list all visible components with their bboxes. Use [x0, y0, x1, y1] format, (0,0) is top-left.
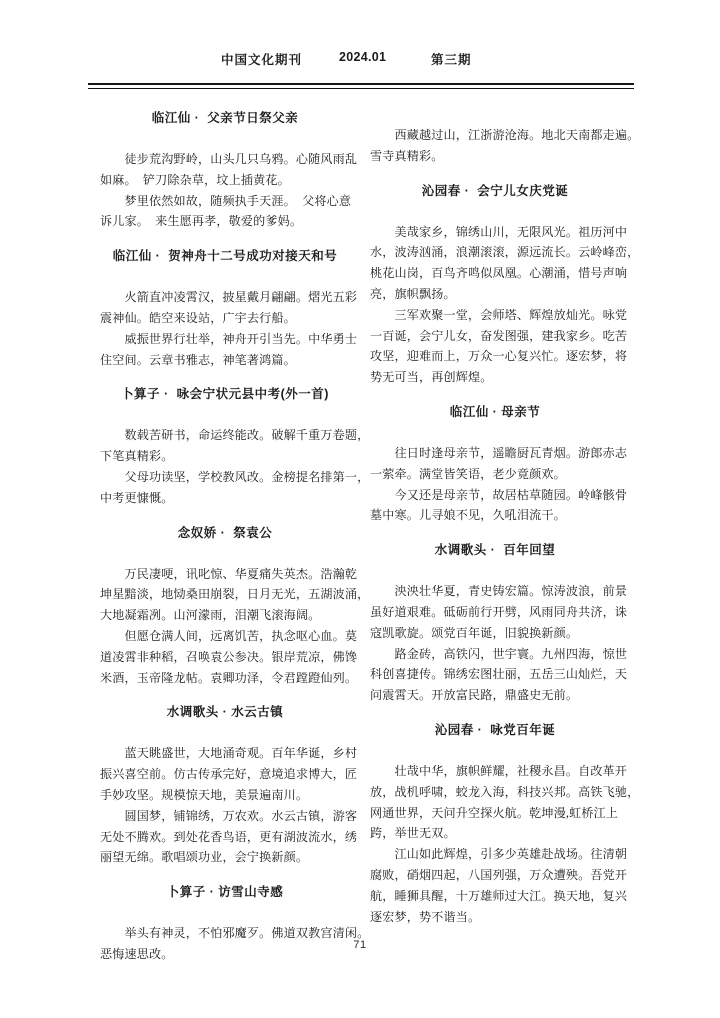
page-number: 71 — [0, 939, 720, 951]
poem-line: 往日时逢母亲节，遥瞻厨瓦青烟。游郎赤志 — [370, 443, 620, 464]
poem-line: 大地凝霜冽。山河濛雨，泪潮飞滚海阔。 — [100, 605, 350, 626]
poem-line: 圆国梦，铺锦绣，万农欢。水云古镇，游客 — [100, 806, 350, 827]
poem-line: 问震霄天。开放富民路，鼎盛史无前。 — [370, 685, 620, 706]
poem-line: 诉儿家。 来生愿再孝，敬爱的爹妈。 — [100, 211, 350, 232]
poem-line: 航，睡狮具醒，十万雄师过大江。换天地，复兴 — [370, 886, 620, 907]
poem-line: 蓝天眺盛世，大地涌奇观。百年华诞，乡村 — [100, 743, 350, 764]
poem-line: 如麻。 铲刀除杂草，坟上插黄花。 — [100, 170, 350, 191]
poem-line: 坤星黯淡，地恸桑田崩裂，日月无光，五湖波涌， — [100, 584, 350, 605]
poem-line: 虽好道艰难。砥砺前行开劈，风雨同舟共济，诛 — [370, 602, 620, 623]
header-journal-title: 中国文化期刊 — [221, 50, 302, 68]
poem-line: 科创喜捷传。锦绣宏图壮丽，五岳三山灿烂，天 — [370, 664, 620, 685]
poem-line: 攻坚，迎难而上，万众一心复兴忙。逐宏梦，将 — [370, 346, 620, 367]
poem-line: 亮，旗帜飘扬。 — [370, 284, 620, 305]
poem-line: 住空间。云章书雅志，神笔著鸿篇。 — [100, 350, 350, 371]
poem-line: 数载苦研书，命运终能改。破解千重万卷题， — [100, 425, 350, 446]
poem-title: 沁园春 · 会宁儿女庆党诞 — [370, 184, 620, 199]
poem-stanza: 壮哉中华，旗帜鲜耀，社稷永昌。自改革开放，战机呼啸，蛟龙入海，科技兴邦。高铁飞驰… — [370, 761, 620, 927]
poem-line: 水，波涛汹涌，浪潮滚滚，源远流长。云岭峰峦， — [370, 242, 620, 263]
poem-stanza: 美哉家乡，锦绣山川，无限风光。祖历河中水，波涛汹涌，浪潮滚滚，源远流长。云岭峰峦… — [370, 222, 620, 388]
poem-title: 水调歌头 · 水云古镇 — [100, 705, 350, 720]
poem-line: 中考更慷慨。 — [100, 488, 350, 509]
poem-line: 雪寺真精彩。 — [370, 146, 620, 167]
poem-line: 泱泱壮华夏，青史铸宏篇。惊涛波浪，前景 — [370, 581, 620, 602]
poem-columns: 临江仙 · 父亲节日祭父亲 徒步荒沟野岭，山头几只乌鸦。心随风雨乱如麻。 铲刀除… — [100, 94, 620, 965]
poem-title: 水调歌头 · 百年回望 — [370, 543, 620, 558]
poem-line: 势无可当，再创辉煌。 — [370, 367, 620, 388]
poem-line: 丽望无绵。歌唱颂功业，会宁换新颜。 — [100, 847, 350, 868]
poem-line: 梦里依然如故，随频执手天涯。 父将心意 — [100, 191, 350, 212]
poem-line: 寇凯歌旋。颂党百年诞，旧貌换新颜。 — [370, 623, 620, 644]
poem-line: 跨，举世无双。 — [370, 823, 620, 844]
poem-line: 桃花山岗，百鸟齐鸣似凤凰。心潮涌，惜号声响 — [370, 263, 620, 284]
poem-title: 卜算子 · 咏会宁状元县中考(外一首) — [100, 387, 350, 402]
header-issue-number: 第三期 — [431, 50, 472, 68]
poem-line: 火箭直冲凌霄汉，披星戴月翩翩。熠光五彩 — [100, 287, 350, 308]
poem-line: 江山如此辉煌，引多少英雄赴战场。往清朝 — [370, 844, 620, 865]
poem-line: 万民凄哽，讯叱惊、华夏痛失英杰。浩瀚乾 — [100, 564, 350, 585]
column-left: 临江仙 · 父亲节日祭父亲 徒步荒沟野岭，山头几只乌鸦。心随风雨乱如麻。 铲刀除… — [100, 94, 350, 965]
poem-line: 美哉家乡，锦绣山川，无限风光。祖历河中 — [370, 222, 620, 243]
poem-line: 墓中寒。儿寻娘不见，久吼泪流干。 — [370, 505, 620, 526]
poem-line: 道凌霄非种稻，召唤袁公参决。银岸荒凉，佛馋 — [100, 647, 350, 668]
poem-line: 米酒，玉帝隆龙帖。袁卿功泽，令君蹚蹬仙列。 — [100, 668, 350, 689]
poem-stanza: 徒步荒沟野岭，山头几只乌鸦。心随风雨乱如麻。 铲刀除杂草，坟上插黄花。 梦里依然… — [100, 149, 350, 232]
header-date: 2024.01 — [339, 50, 386, 64]
poem-line: 路金砖，高铁闪，世宇寰。九州四海，惊世 — [370, 644, 620, 665]
poem-line: 父母功读坚，学校教风改。金榜提名排第一， — [100, 467, 350, 488]
poem-line: 无处不腾欢。到处花香鸟语，更有湖波流水，绣 — [100, 827, 350, 848]
header-double-rule — [88, 83, 634, 89]
column-right: 西藏越过山，江浙游沧海。地北天南都走遍。雪寺真精彩。沁园春 · 会宁儿女庆党诞 … — [370, 94, 620, 927]
poem-line: 腐败，硝烟四起，八国列强，万众遭殃。吾党开 — [370, 865, 620, 886]
poem-title: 临江仙 · 贺神舟十二号成功对接天和号 — [100, 249, 350, 264]
poem-title: 沁园春 · 咏党百年诞 — [370, 723, 620, 738]
poem-line: 徒步荒沟野岭，山头几只乌鸦。心随风雨乱 — [100, 149, 350, 170]
poem-line: 西藏越过山，江浙游沧海。地北天南都走遍。 — [370, 125, 620, 146]
poem-stanza: 泱泱壮华夏，青史铸宏篇。惊涛波浪，前景虽好道艰难。砥砺前行开劈，风雨同舟共济，诛… — [370, 581, 620, 706]
poem-line: 一百诞，会宁儿女，奋发图强，建我家乡。吃苦 — [370, 326, 620, 347]
poem-line: 震神仙。皓空来设站，广宇去行船。 — [100, 308, 350, 329]
poem-stanza: 西藏越过山，江浙游沧海。地北天南都走遍。雪寺真精彩。 — [370, 125, 620, 167]
poem-line: 放，战机呼啸，蛟龙入海，科技兴邦。高铁飞驰， — [370, 782, 620, 803]
poem-stanza: 数载苦研书，命运终能改。破解千重万卷题，下笔真精彩。 父母功读坚，学校教风改。金… — [100, 425, 350, 508]
poem-stanza: 火箭直冲凌霄汉，披星戴月翩翩。熠光五彩震神仙。皓空来设站，广宇去行船。 威振世界… — [100, 287, 350, 370]
poem-line: 逐宏梦，势不谐当。 — [370, 907, 620, 928]
poem-line: 三军欢聚一堂，会师塔、辉煌放灿光。咏党 — [370, 305, 620, 326]
journal-page: 中国文化期刊 2024.01 第三期 临江仙 · 父亲节日祭父亲 徒步荒沟野岭，… — [0, 0, 720, 1018]
poem-line: 但愿仓满人间，远离饥苦，执念呕心血。莫 — [100, 626, 350, 647]
poem-line: 一萦牵。满堂皆笑语，老少竟颜欢。 — [370, 464, 620, 485]
poem-stanza: 蓝天眺盛世，大地涌奇观。百年华诞，乡村振兴喜空前。仿古传承完好，意境追求博大，匠… — [100, 743, 350, 868]
poem-line: 网通世界，天问升空探火航。乾坤漫,虹桥江上 — [370, 803, 620, 824]
poem-title: 卜算子 · 访雪山寺感 — [100, 885, 350, 900]
poem-title: 临江仙 · 母亲节 — [370, 405, 620, 420]
poem-stanza: 万民凄哽，讯叱惊、华夏痛失英杰。浩瀚乾坤星黯淡，地恸桑田崩裂，日月无光，五湖波涌… — [100, 564, 350, 689]
poem-title: 临江仙 · 父亲节日祭父亲 — [100, 111, 350, 126]
poem-line: 壮哉中华，旗帜鲜耀，社稷永昌。自改革开 — [370, 761, 620, 782]
poem-line: 今又还是母亲节，故居枯草随园。岭峰骸骨 — [370, 485, 620, 506]
poem-title: 念奴娇 · 祭袁公 — [100, 526, 350, 541]
poem-stanza: 往日时逢母亲节，遥瞻厨瓦青烟。游郎赤志一萦牵。满堂皆笑语，老少竟颜欢。 今又还是… — [370, 443, 620, 526]
poem-line: 下笔真精彩。 — [100, 446, 350, 467]
poem-line: 振兴喜空前。仿古传承完好，意境追求博大，匠 — [100, 764, 350, 785]
poem-line: 威振世界行壮举，神舟开引当先。中华勇士 — [100, 329, 350, 350]
poem-line: 手妙攻坚。规模惊天地，美景遍南川。 — [100, 785, 350, 806]
